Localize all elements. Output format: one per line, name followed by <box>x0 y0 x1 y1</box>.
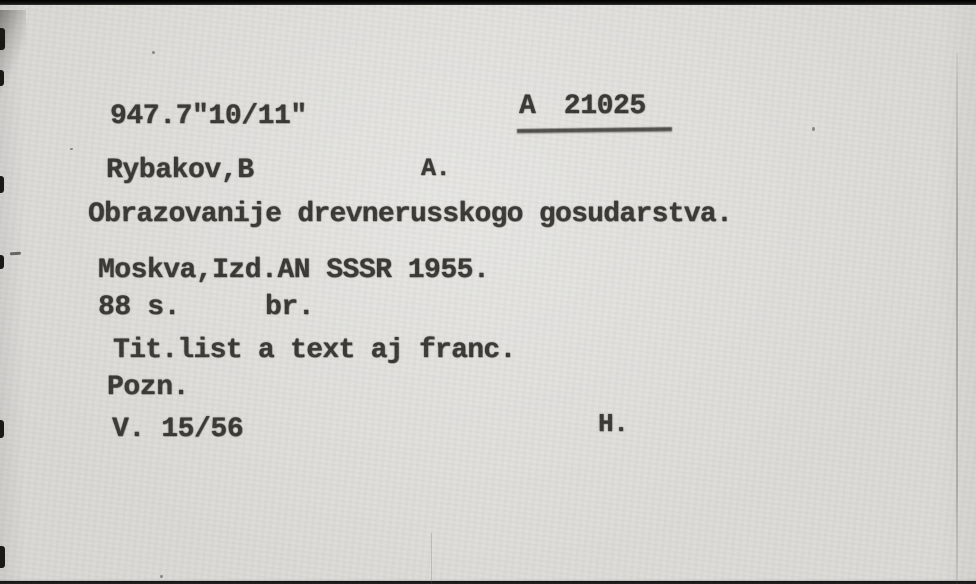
stray-letter-a: A. <box>421 154 450 184</box>
accession-underline <box>517 127 672 133</box>
paper-speck <box>812 127 815 131</box>
paper-speck <box>70 148 73 150</box>
film-edge-mark <box>0 28 5 50</box>
film-top-border <box>0 0 976 5</box>
card-right-crease-line <box>956 53 958 584</box>
paper-speck <box>160 575 163 578</box>
film-edge-mark <box>0 255 4 269</box>
pencil-dash-mark <box>10 252 21 256</box>
pagination-note: 88 s. <box>98 293 180 323</box>
language-note: Tit.list a text aj franc. <box>113 336 516 366</box>
film-edge-mark <box>0 70 4 86</box>
author-line: Rybakov,B <box>106 156 254 186</box>
title-line: Obrazovanije drevnerusskogo gosudarstva. <box>88 200 732 230</box>
catalog-card-scan: 947.7"10/11" A 21025 Rybakov,B A. Obrazo… <box>0 5 976 581</box>
accession-number: A 21025 <box>519 92 646 122</box>
film-edge-mark <box>0 176 4 193</box>
paper-speck <box>152 51 155 54</box>
remark-abbreviation: Pozn. <box>107 373 189 403</box>
film-bottom-border <box>0 579 976 584</box>
imprint-line: Moskva,Izd.AN SSSR 1955. <box>98 256 489 286</box>
scan-corner-shadow <box>0 10 26 100</box>
binding-note: br. <box>265 293 314 323</box>
volume-reference: V. 15/56 <box>112 415 243 445</box>
cataloguer-initial: H. <box>598 409 628 439</box>
card-lower-crease-line <box>431 533 432 584</box>
film-edge-mark <box>0 420 4 438</box>
classification-number: 947.7"10/11" <box>110 102 307 132</box>
film-edge-mark <box>0 546 5 568</box>
